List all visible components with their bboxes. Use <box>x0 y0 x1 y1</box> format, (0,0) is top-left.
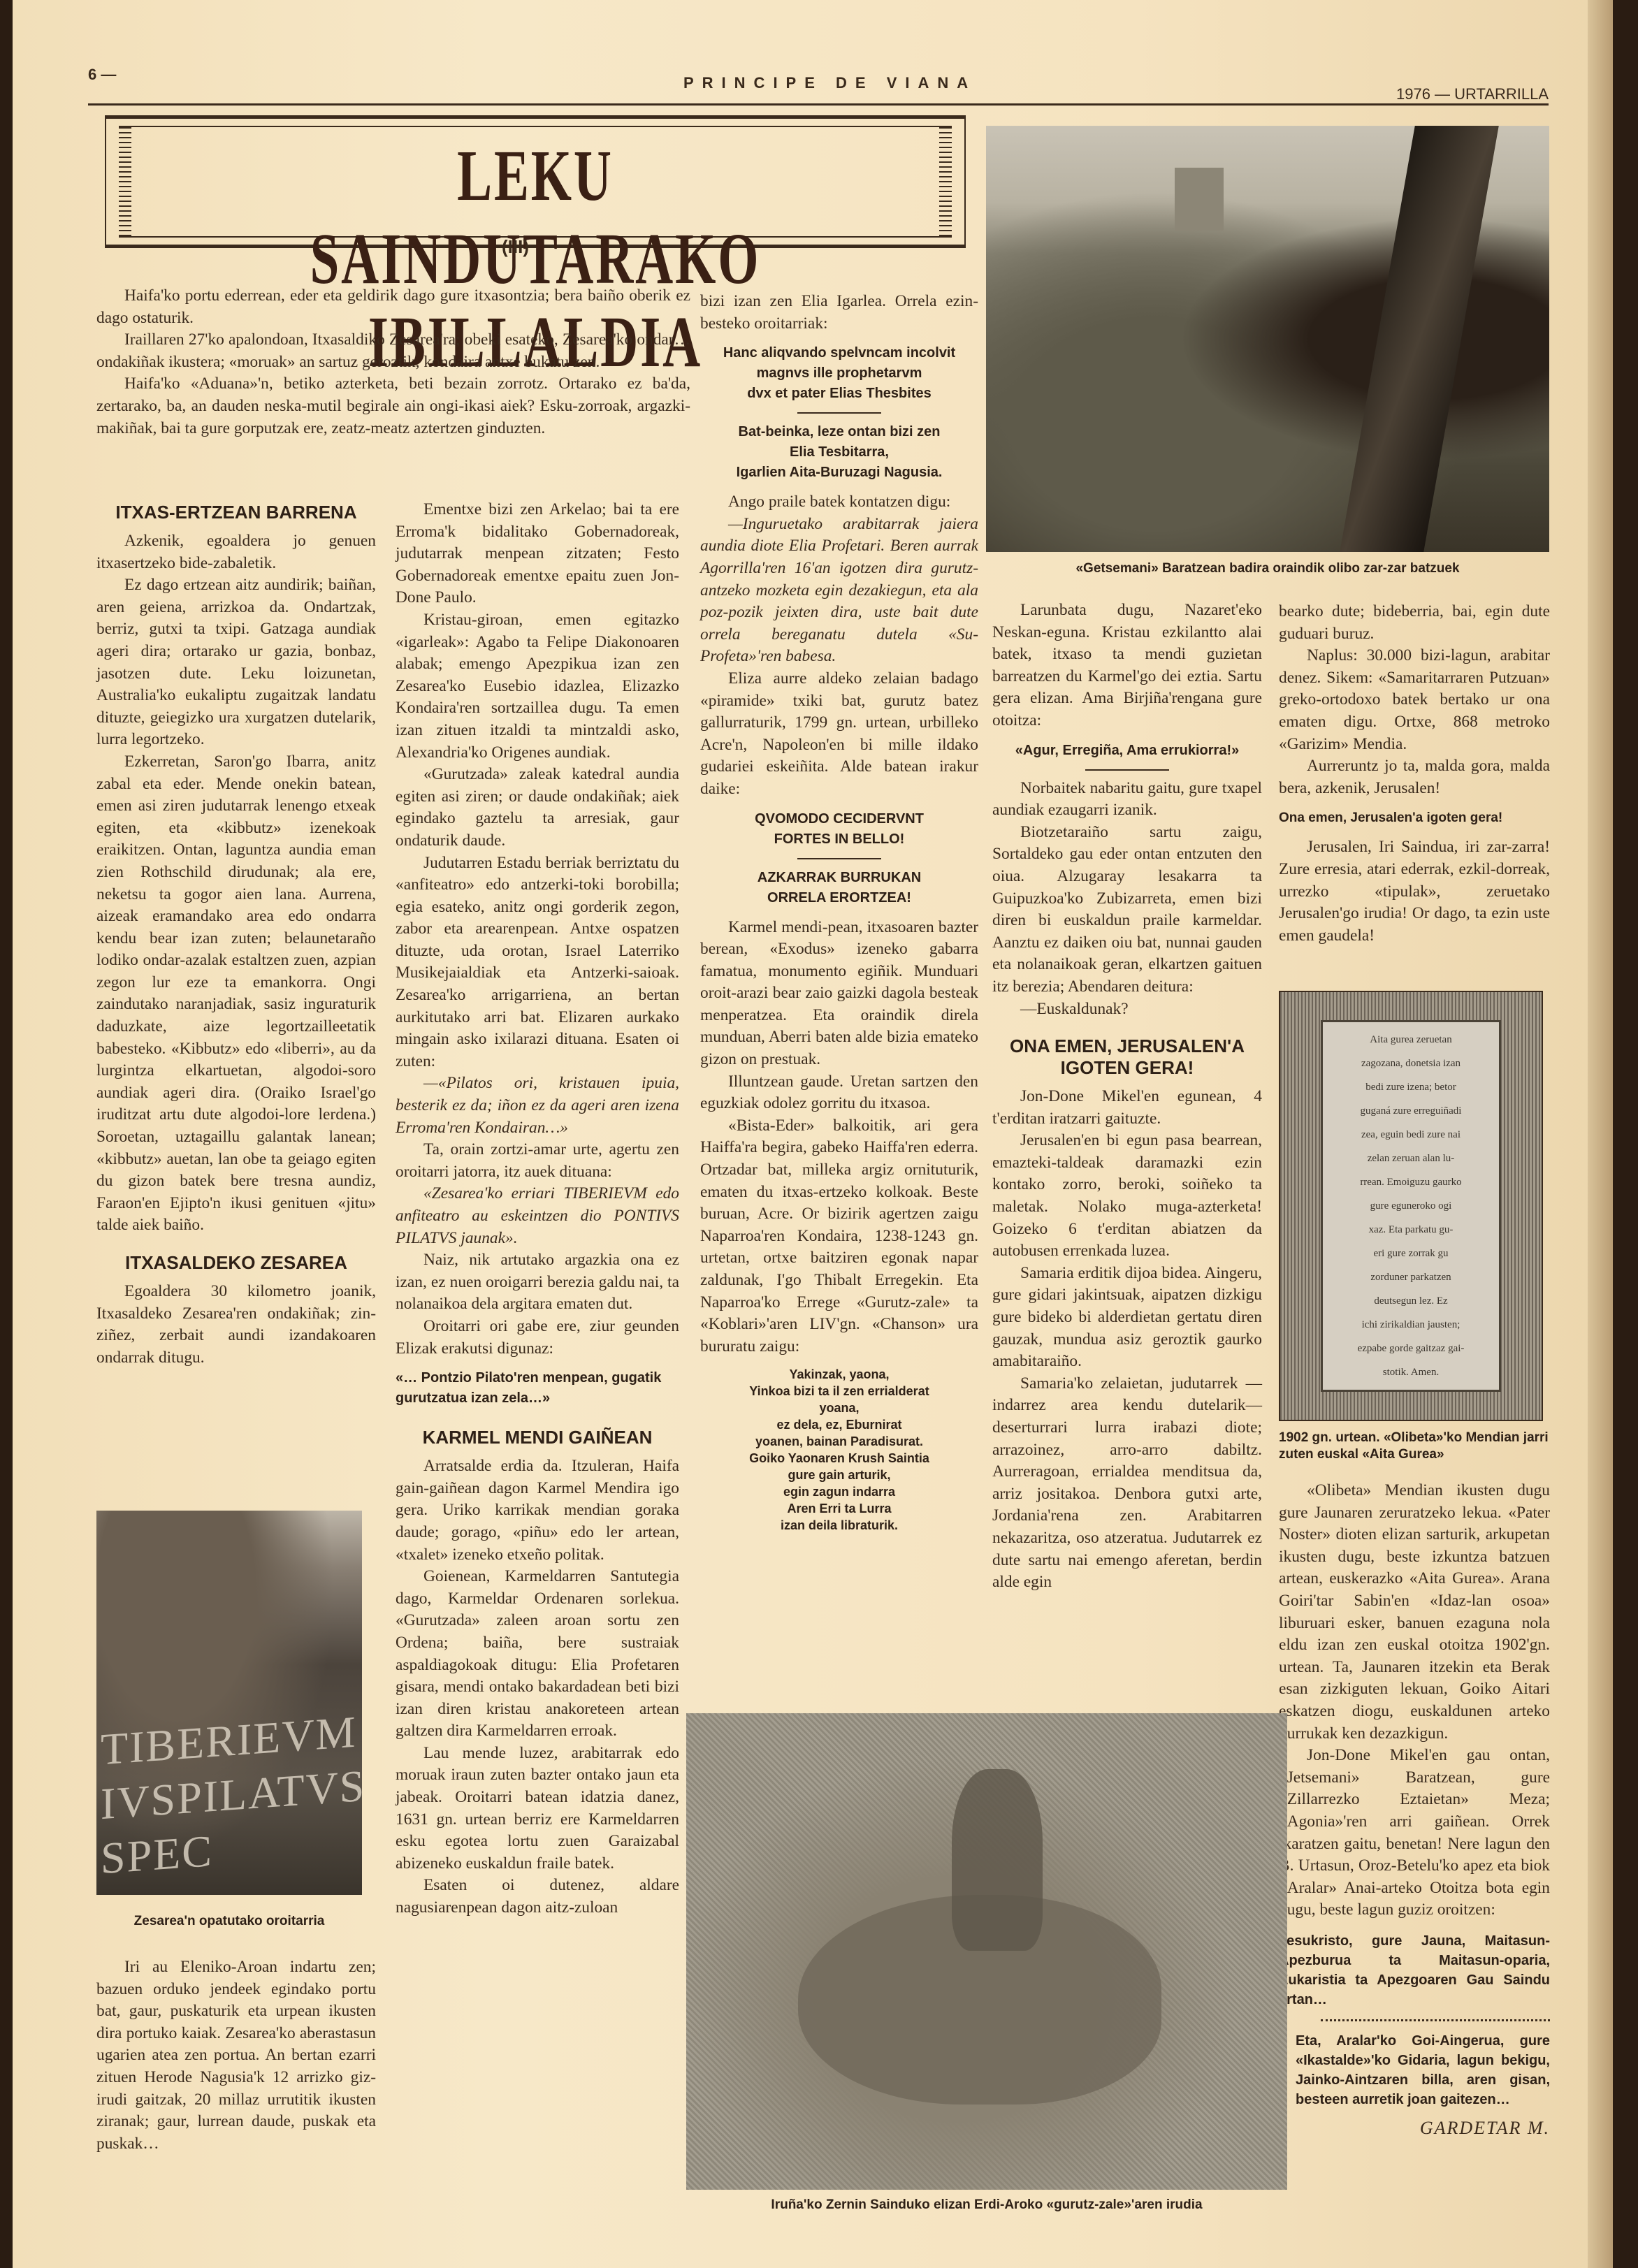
paragraph: Ta, orain zortzi-amar urte, agertu zen o… <box>396 1139 679 1183</box>
section-heading: ITXAS-ERTZEAN BARRENA <box>96 502 376 523</box>
newspaper-page: 6 — PRINCIPE DE VIANA 1976 — URTARRILLA … <box>13 0 1613 2268</box>
paragraph: Norbaitek nabaritu gaitu, gure txapel au… <box>992 778 1262 822</box>
paragraph: bizi izan zen Elia Igarlea. Orrela ezin-… <box>700 291 978 335</box>
paragraph: Iri au Eleniko-Aroan indartu zen; bazuen… <box>96 1956 376 2155</box>
paragraph: Ementxe bizi zen Arkelao; bai ta ere Err… <box>396 499 679 609</box>
paragraph: Judutarren Estadu berriak berriztatu du … <box>396 852 679 1073</box>
latin-inscription-2: QVOMODO CECIDERVNT FORTES IN BELLO! <box>700 809 978 850</box>
section-heading: ONA EMEN, JERUSALEN'A IGOTEN GERA! <box>992 1035 1262 1079</box>
intro-block: Haifa'ko portu ederrean, eder eta geldir… <box>96 285 690 439</box>
crusader-relief-photo <box>686 1713 1287 2190</box>
article-part: (III) <box>502 236 529 258</box>
chanson-verse: Yakinzak, yaona, Yinkoa bizi ta il zen e… <box>700 1366 978 1534</box>
header-rule <box>88 103 1549 106</box>
salve-quote: «Agur, Erregiña, Ama errukiorra!» <box>992 741 1262 761</box>
prayer-1: Jesukristo, gure Jauna, Maitasun-Apezbur… <box>1279 1931 1550 2009</box>
paragraph: Egoaldera 30 kilometro joanik, Itxasalde… <box>96 1281 376 1369</box>
intro-paragraph: Iraillaren 27'ko apalondoan, Itxasaldiko… <box>96 329 690 373</box>
column-1-bottom: Iri au Eleniko-Aroan indartu zen; bazuen… <box>96 1956 376 2155</box>
paragraph: Lau mende luzez, arabitarrak edo moruak … <box>396 1743 679 1875</box>
paragraph: Azkenik, egoaldera jo genuen itxasertzek… <box>96 530 376 574</box>
paragraph: Biotzetaraiño sartu zaigu, Sortaldeko ga… <box>992 822 1262 998</box>
paragraph: Jerusalen, Iri Saindua, iri zar-zarra! Z… <box>1279 836 1550 947</box>
aita-gurea-tablet: Aita gurea zeruetan zagozana, donetsia i… <box>1321 1020 1501 1392</box>
section-heading: KARMEL MENDI GAIÑEAN <box>396 1427 679 1448</box>
paragraph: «Gurutzada» zaleak katedral aundia egite… <box>396 764 679 852</box>
paragraph: Larunbata dugu, Nazaret'eko Neskan-eguna… <box>992 599 1262 732</box>
basque-translation-2: AZKARRAK BURRUKAN ORRELA ERORTZEA! <box>700 868 978 908</box>
stone-photo-caption: Zesarea'n opatutako oroitarria <box>96 1913 362 1930</box>
olive-tree-trunk <box>1340 126 1499 552</box>
paragraph: Jerusalen'en bi egun pasa bearrean, emaz… <box>992 1130 1262 1263</box>
divider <box>797 858 881 859</box>
getsemani-caption: «Getsemani» Baratzean badira oraindik ol… <box>986 560 1549 577</box>
issue-date: 1976 — URTARRILLA <box>1396 85 1549 103</box>
page-edge <box>1588 0 1613 2268</box>
dotted-divider <box>1321 2019 1550 2021</box>
paragraph: Naiz, nik artutako argazkia ona ez izan,… <box>396 1249 679 1316</box>
aita-gurea-plaque-photo: Aita gurea zeruetan zagozana, donetsia i… <box>1279 991 1543 1421</box>
section-heading: ITXASALDEKO ZESAREA <box>96 1252 376 1274</box>
city-wall-tower <box>1175 168 1224 231</box>
paragraph: —Euskaldunak? <box>992 998 1262 1021</box>
paragraph: Aurreruntz jo ta, malda gora, malda bera… <box>1279 755 1550 799</box>
paragraph: Oroitarri ori gabe ere, ziur geunden Eli… <box>396 1316 679 1360</box>
stone-inscription: TIBERIEVM IVSPILATVS SPEC <box>101 1704 362 1887</box>
title-box: LEKU SAINDUTARAKO IBILLALDIA <box>105 115 966 248</box>
divider <box>797 412 881 414</box>
column-3: bizi izan zen Elia Igarlea. Orrela ezin-… <box>700 291 978 1542</box>
getsemani-photo <box>986 126 1549 552</box>
paragraph: Ezkerretan, Saron'go Ibarra, anitz zabal… <box>96 751 376 1237</box>
paragraph: Ango praile batek kontatzen digu: <box>700 491 978 514</box>
paragraph: Samaria erditik dijoa bidea. Aingeru, gu… <box>992 1263 1262 1373</box>
page-number: 6 — <box>88 66 116 84</box>
intro-paragraph: Haifa'ko «Aduana»'n, betiko azterketa, b… <box>96 373 690 439</box>
basque-translation: Bat-beinka, leze ontan bizi zen Elia Tes… <box>700 422 978 483</box>
aita-gurea-caption: 1902 gn. urtean. «Olibeta»'ko Mendian ja… <box>1279 1430 1550 1463</box>
latin-inscription: Hanc aliqvando spelvncam incolvit magnvs… <box>700 343 978 404</box>
paragraph: Kristau-giroan, emen egitazko «igarleak»… <box>396 609 679 764</box>
paragraph: «Bista-Eder» balkoitik, ari gera Haiffa'… <box>700 1115 978 1358</box>
subheading: Ona emen, Jerusalen'a igoten gera! <box>1279 808 1550 828</box>
column-5-bottom: «Olibeta» Mendian ikusten dugu gure Jaun… <box>1279 1480 1550 2139</box>
relief-rider <box>952 1769 1043 1951</box>
paragraph: Eliza aurre aldeko zelaian badago «piram… <box>700 668 978 801</box>
prayer-2: Eta, Aralar'ko Goi-Aingerua, gure «Ikast… <box>1296 2031 1550 2109</box>
paragraph: Ez dago ertzean aitz aundirik; baiñan, a… <box>96 574 376 751</box>
quote-paragraph: —«Pilatos ori, kristauen ipuia, besterik… <box>396 1073 679 1139</box>
quote-paragraph: —Inguruetako arabitarrak jaiera aundia d… <box>700 514 978 668</box>
paragraph: Esaten oi dutenez, aldare nagusiarenpean… <box>396 1875 679 1919</box>
intro-paragraph: Haifa'ko portu ederrean, eder eta geldir… <box>96 285 690 329</box>
column-5: bearko dute; bideberria, bai, egin dute … <box>1279 601 1550 947</box>
paragraph: Karmel mendi-pean, itxasoaren bazter ber… <box>700 917 978 1071</box>
column-2: Ementxe bizi zen Arkelao; bai ta ere Err… <box>396 499 679 1919</box>
author-signature: GARDETAR M. <box>1279 2118 1550 2139</box>
paragraph: Naplus: 30.000 bizi-lagun, arabitar dene… <box>1279 645 1550 755</box>
journal-title: PRINCIPE DE VIANA <box>683 74 976 92</box>
column-4: Larunbata dugu, Nazaret'eko Neskan-eguna… <box>992 599 1262 1594</box>
paragraph: Goienean, Karmeldarren Santutegia dago, … <box>396 1566 679 1743</box>
creed-quote: «… Pontzio Pilato'ren menpean, gugatik g… <box>396 1368 679 1409</box>
inscription-translation: «Zesarea'ko erriari TIBERIEVM edo anfite… <box>396 1183 679 1249</box>
paragraph: Samaria'ko zelaietan, judutarrek —indarr… <box>992 1373 1262 1594</box>
relief-caption: Iruña'ko Zernin Sainduko elizan Erdi-Aro… <box>686 2197 1287 2214</box>
paragraph: Jon-Done Mikel'en gau ontan, «Jetsemani»… <box>1279 1745 1550 1921</box>
divider <box>1085 769 1169 771</box>
column-1: ITXAS-ERTZEAN BARRENA Azkenik, egoaldera… <box>96 493 376 1369</box>
paragraph: «Olibeta» Mendian ikusten dugu gure Jaun… <box>1279 1480 1550 1745</box>
paragraph: Arratsalde erdia da. Itzuleran, Haifa ga… <box>396 1455 679 1566</box>
paragraph: Illuntzean gaude. Uretan sartzen den egu… <box>700 1071 978 1115</box>
inscription-stone-photo: TIBERIEVM IVSPILATVS SPEC <box>96 1511 362 1895</box>
paragraph: Jon-Done Mikel'en egunean, 4 t'erditan i… <box>992 1086 1262 1130</box>
paragraph: bearko dute; bideberria, bai, egin dute … <box>1279 601 1550 645</box>
